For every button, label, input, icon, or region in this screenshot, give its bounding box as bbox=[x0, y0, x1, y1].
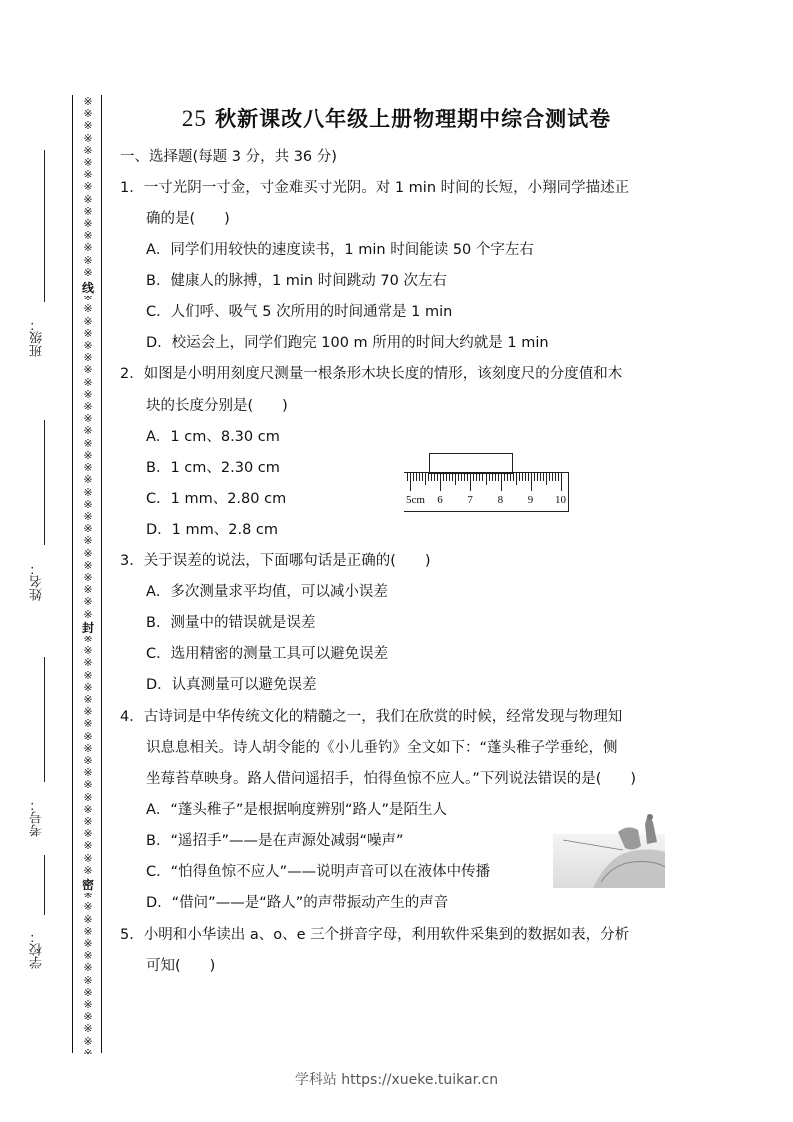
question-1-option-b: B．健康人的脉搏，1 min 时间跳动 70 次左右 bbox=[146, 269, 447, 290]
ruler-tick bbox=[458, 473, 459, 481]
ruler-tick bbox=[443, 473, 444, 481]
margin-marker-0: 线 bbox=[80, 280, 96, 296]
info-field-label: 班级： bbox=[28, 318, 47, 357]
margin-star-column: ※※※※※※※※※※※※※※※※※※※※※※※※※※※※※※※※※※※※※※※※… bbox=[81, 96, 95, 1054]
question-1-option-c: C．人们呼、吸气 5 次所用的时间通常是 1 min bbox=[146, 300, 452, 321]
ruler-tick bbox=[440, 473, 441, 491]
ruler-tick bbox=[449, 473, 450, 481]
ruler-tick bbox=[546, 473, 547, 485]
ruler-tick bbox=[416, 473, 417, 481]
info-field-label: 学校： bbox=[28, 930, 47, 969]
ruler-tick bbox=[507, 473, 508, 481]
title-year: 25 bbox=[182, 106, 207, 131]
wood-block bbox=[429, 453, 513, 474]
stem-text: 小明和小华读出 a、o、e 三个拼音字母，利用软件采集到的数据如表，分析 bbox=[144, 927, 629, 943]
ruler-tick bbox=[495, 473, 496, 481]
ruler-tick bbox=[410, 473, 411, 491]
question-4-stem: 4．古诗词是中华传统文化的精髓之一，我们在欣赏的时候，经常发现与物理知 bbox=[120, 705, 622, 726]
ruler-tick bbox=[501, 473, 502, 491]
stem-text: 如图是小明用刻度尺测量一根条形木块长度的情形，该刻度尺的分度值和木 bbox=[144, 366, 623, 382]
ruler-tick bbox=[437, 473, 438, 481]
ruler-tick bbox=[434, 473, 435, 481]
ruler-tick bbox=[516, 473, 517, 485]
question-4-stem-cont-1: 识息息相关。诗人胡令能的《小儿垂钓》全文如下：“蓬头稚子学垂纶，侧 bbox=[146, 736, 618, 757]
question-1-option-d: D．校运会上，同学们跑完 100 m 所用的时间大约就是 1 min bbox=[146, 331, 549, 352]
stem-text: 关于误差的说法，下面哪句话是正确的( ) bbox=[144, 553, 431, 569]
ruler-tick bbox=[467, 473, 468, 481]
question-4-option-d: D．“借问”——是“路人”的声带振动产生的声音 bbox=[146, 891, 448, 912]
question-4-option-c: C．“怕得鱼惊不应人”——说明声音可以在液体中传播 bbox=[146, 860, 490, 881]
ruler-figure: 5cm678910 bbox=[402, 450, 572, 516]
ruler-tick bbox=[540, 473, 541, 481]
question-number: 4． bbox=[120, 709, 144, 725]
question-2-option-b: B．1 cm、2.30 cm bbox=[146, 456, 280, 477]
info-field-blank[interactable] bbox=[44, 855, 45, 915]
question-2-option-c: C．1 mm、2.80 cm bbox=[146, 487, 286, 508]
question-3-option-b: B．测量中的错误就是误差 bbox=[146, 611, 315, 632]
margin-marker-1: 封 bbox=[80, 620, 96, 636]
ruler-tick bbox=[428, 473, 429, 481]
question-number: 1． bbox=[120, 180, 144, 196]
section-heading: 一、选择题(每题 3 分，共 36 分) bbox=[120, 145, 337, 166]
exam-title: 25 秋新课改八年级上册物理期中综合测试卷 bbox=[0, 103, 793, 133]
info-field-blank[interactable] bbox=[44, 150, 45, 302]
child-fishing-illustration bbox=[553, 812, 665, 888]
ruler-tick bbox=[419, 473, 420, 481]
ruler-tick bbox=[476, 473, 477, 481]
ruler: 5cm678910 bbox=[404, 472, 569, 512]
ruler-tick bbox=[425, 473, 426, 485]
info-field-label: 姓名： bbox=[28, 562, 47, 601]
ruler-label: 7 bbox=[467, 494, 473, 506]
ruler-tick bbox=[528, 473, 529, 481]
question-2-option-a: A．1 cm、8.30 cm bbox=[146, 425, 280, 446]
ruler-tick bbox=[407, 473, 408, 481]
margin-right-line bbox=[101, 95, 102, 1053]
ruler-label: 8 bbox=[498, 494, 504, 506]
question-3-stem: 3．关于误差的说法，下面哪句话是正确的( ) bbox=[120, 549, 431, 570]
ruler-tick bbox=[473, 473, 474, 481]
ruler-tick bbox=[513, 473, 514, 481]
margin-left-line bbox=[72, 95, 73, 1053]
stem-text: 一寸光阴一寸金，寸金难买寸光阴。对 1 min 时间的长短，小翔同学描述正 bbox=[144, 180, 629, 196]
stem-text: 古诗词是中华传统文化的精髓之一，我们在欣赏的时候，经常发现与物理知 bbox=[144, 709, 623, 725]
ruler-tick bbox=[552, 473, 553, 481]
question-2-stem-cont: 块的长度分别是( ) bbox=[146, 394, 288, 415]
ruler-tick bbox=[543, 473, 544, 481]
ruler-tick bbox=[489, 473, 490, 481]
ruler-tick bbox=[482, 473, 483, 481]
question-4-option-b: B．“遥招手”——是在声源处减弱“噪声” bbox=[146, 829, 404, 850]
question-4-stem-cont-2: 坐莓苔草映身。路人借问遥招手，怕得鱼惊不应人。”下列说法错误的是( ) bbox=[146, 767, 636, 788]
question-3-option-d: D．认真测量可以避免误差 bbox=[146, 673, 317, 694]
info-field-blank[interactable] bbox=[44, 657, 45, 782]
ruler-tick bbox=[431, 473, 432, 481]
question-4-option-a: A．“蓬头稚子”是根据响度辨别“路人”是陌生人 bbox=[146, 798, 447, 819]
question-1-stem: 1．一寸光阴一寸金，寸金难买寸光阴。对 1 min 时间的长短，小翔同学描述正 bbox=[120, 176, 629, 197]
ruler-tick bbox=[461, 473, 462, 481]
ruler-label: 9 bbox=[528, 494, 534, 506]
question-1-stem-cont: 确的是( ) bbox=[146, 207, 230, 228]
ruler-tick bbox=[522, 473, 523, 481]
question-5-stem: 5．小明和小华读出 a、o、e 三个拼音字母，利用软件采集到的数据如表，分析 bbox=[120, 923, 629, 944]
question-2-option-d: D．1 mm、2.8 cm bbox=[146, 518, 278, 539]
ruler-label: 10 bbox=[555, 494, 566, 506]
question-3-option-c: C．选用精密的测量工具可以避免误差 bbox=[146, 642, 388, 663]
ruler-tick bbox=[555, 473, 556, 481]
question-number: 2． bbox=[120, 366, 144, 382]
ruler-tick bbox=[531, 473, 532, 491]
ruler-tick bbox=[519, 473, 520, 481]
ruler-label: 5cm bbox=[406, 494, 425, 506]
footer-watermark: 学科站 https://xueke.tuikar.cn bbox=[0, 1069, 793, 1089]
question-1-option-a: A．同学们用较快的速度读书，1 min 时间能读 50 个字左右 bbox=[146, 238, 534, 259]
ruler-tick bbox=[558, 473, 559, 481]
ruler-tick bbox=[510, 473, 511, 481]
title-text: 秋新课改八年级上册物理期中综合测试卷 bbox=[207, 107, 611, 131]
ruler-tick bbox=[561, 473, 562, 491]
ruler-tick bbox=[549, 473, 550, 481]
ruler-tick bbox=[464, 473, 465, 481]
ruler-tick bbox=[422, 473, 423, 481]
question-number: 3． bbox=[120, 553, 144, 569]
question-5-stem-cont: 可知( ) bbox=[146, 954, 215, 975]
ruler-tick bbox=[455, 473, 456, 485]
info-field-label: 考号： bbox=[28, 798, 47, 837]
ruler-tick bbox=[534, 473, 535, 481]
info-field-blank[interactable] bbox=[44, 420, 45, 545]
question-3-option-a: A．多次测量求平均值，可以减小误差 bbox=[146, 580, 388, 601]
ruler-tick bbox=[525, 473, 526, 481]
ruler-tick bbox=[504, 473, 505, 481]
ruler-tick bbox=[486, 473, 487, 485]
question-2-stem: 2．如图是小明用刻度尺测量一根条形木块长度的情形，该刻度尺的分度值和木 bbox=[120, 362, 622, 383]
ruler-tick bbox=[498, 473, 499, 481]
question-number: 5． bbox=[120, 927, 144, 943]
exam-page: ※※※※※※※※※※※※※※※※※※※※※※※※※※※※※※※※※※※※※※※※… bbox=[0, 0, 793, 1122]
ruler-tick bbox=[452, 473, 453, 481]
ruler-tick bbox=[446, 473, 447, 481]
ruler-tick bbox=[537, 473, 538, 481]
margin-marker-2: 密 bbox=[80, 877, 96, 893]
ruler-label: 6 bbox=[437, 494, 443, 506]
ruler-tick bbox=[470, 473, 471, 491]
ruler-tick bbox=[413, 473, 414, 481]
ruler-tick bbox=[492, 473, 493, 481]
ruler-tick bbox=[479, 473, 480, 481]
